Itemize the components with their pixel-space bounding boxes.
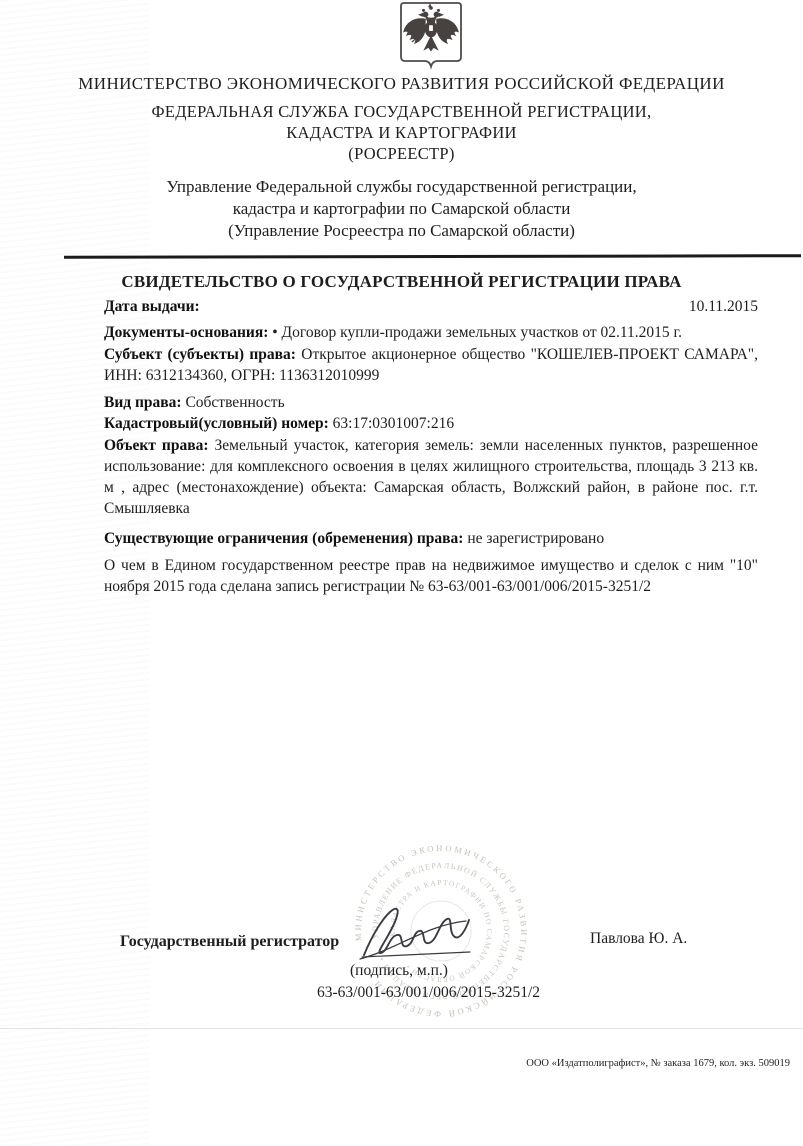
document-title: СВИДЕТЕЛЬСТВО О ГОСУДАРСТВЕННОЙ РЕГИСТРА… [0, 272, 803, 292]
subject-paragraph: Субъект (субъекты) права: Открытое акцио… [104, 344, 758, 386]
service-line-2: КАДАСТРА И КАРТОГРАФИИ [0, 122, 803, 143]
office-line-3: (Управление Росреестра по Самарской обла… [0, 220, 803, 242]
office-line-2: кадастра и картографии по Самарской обла… [0, 198, 803, 220]
documents-paragraph: Документы-основания: • Договор купли-про… [104, 322, 758, 343]
issue-date-label: Дата выдачи: [104, 296, 200, 317]
footer-separator-rule [0, 1028, 803, 1029]
double-headed-eagle-icon [404, 4, 459, 51]
registrar-name: Павлова Ю. А. [590, 930, 687, 948]
emblem-box [399, 2, 463, 72]
service-name: ФЕДЕРАЛЬНАЯ СЛУЖБА ГОСУДАРСТВЕННОЙ РЕГИС… [0, 101, 803, 164]
object-label: Объект права: [104, 437, 208, 454]
issue-date-row: Дата выдачи: 10.11.2015 [104, 296, 758, 317]
shield-outline-icon [399, 2, 463, 72]
restrictions-value: не зарегистрировано [467, 530, 604, 547]
documents-label: Документы-основания: [104, 324, 268, 341]
office-line-1: Управление Федеральной службы государств… [0, 176, 803, 198]
signature-caption: (подпись, м.п.) [350, 962, 448, 980]
printer-footer-note: ООО «Издатполиграфист», № заказа 1679, к… [526, 1058, 790, 1069]
cadastral-label: Кадастровый(условный) номер: [104, 415, 329, 432]
regional-office-name: Управление Федеральной службы государств… [0, 176, 803, 242]
cadastral-value: 63:17:0301007:216 [333, 415, 454, 432]
registration-number: 63-63/001-63/001/006/2015-3251/2 [317, 984, 540, 1002]
header-separator-rule [64, 254, 801, 259]
issue-date-value: 10.11.2015 [689, 296, 758, 317]
registrar-signature [352, 893, 482, 971]
service-line-1: ФЕДЕРАЛЬНАЯ СЛУЖБА ГОСУДАРСТВЕННОЙ РЕГИС… [0, 101, 803, 122]
service-line-3: (РОСРЕЕСТР) [0, 143, 803, 164]
certificate-page: МИНИСТЕРСТВО ЭКОНОМИЧЕСКОГО РАЗВИТИЯ РОС… [0, 0, 803, 1146]
ministry-name: МИНИСТЕРСТВО ЭКОНОМИЧЕСКОГО РАЗВИТИЯ РОС… [0, 74, 803, 94]
documents-value: • Договор купли-продажи земельных участк… [272, 324, 682, 341]
restrictions-paragraph: Существующие ограничения (обременения) п… [104, 528, 758, 549]
right-type-value: Собственность [185, 394, 284, 411]
subject-label: Субъект (субъекты) права: [104, 346, 296, 363]
restrictions-label: Существующие ограничения (обременения) п… [104, 530, 463, 547]
right-type-label: Вид права: [104, 394, 182, 411]
object-paragraph: Объект права: Земельный участок, категор… [104, 435, 758, 519]
registrar-label: Государственный регистратор [120, 933, 339, 951]
registry-record-paragraph: О чем в Едином государственном реестре п… [104, 555, 758, 597]
cadastral-paragraph: Кадастровый(условный) номер: 63:17:03010… [104, 413, 758, 434]
right-type-paragraph: Вид права: Собственность [104, 392, 758, 413]
